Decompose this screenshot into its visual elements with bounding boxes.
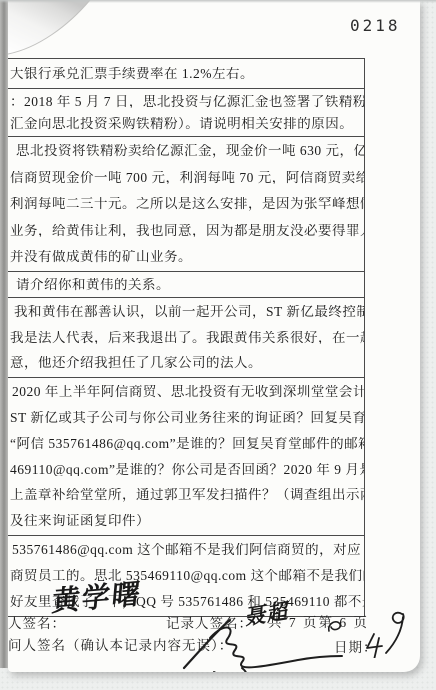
- table-row-answer: 我和黄伟在鄯善认识，以前一起开公司，ST 新亿最终控制公司万水源，我是法人代表，…: [8, 298, 364, 378]
- text-line: 利润每吨二三十元。之所以是这么安排，是因为张罕峰想做黄伟的矿: [8, 197, 364, 211]
- text-line: 汇金向思北投资采购铁精粉）。请说明相关安排的原因。: [8, 117, 364, 131]
- pen-loop-mark: [326, 618, 344, 633]
- text-line: 大银行承兑汇票手续费率在 1.2%左右。: [8, 67, 364, 81]
- text-line: 2020 年上半年阿信商贸、思北投资有无收到深圳堂堂会计师事务所关: [8, 385, 364, 399]
- scan-top-shadow: [0, 0, 436, 3]
- table-row-answer: 思北投资将铁精粉卖给亿源汇金，现金价一吨 630 元，亿源汇金卖给信商贸现金价一…: [8, 137, 364, 272]
- interviewee-signature-handwriting: 黄学曙: [50, 572, 143, 620]
- text-line: 并没有做成黄伟的矿山业务。: [8, 250, 364, 264]
- table-row-question: 2020 年上半年阿信商贸、思北投资有无收到深圳堂堂会计师事务所关ST 新亿或其…: [8, 378, 364, 536]
- text-line: 我是法人代表，后来我退出了。我跟黄伟关系很好，在一起做过很多: [8, 331, 364, 345]
- qa-table: 大银行承兑汇票手续费率在 1.2%左右。：2018 年 5 月 7 日，思北投资…: [8, 58, 365, 617]
- text-line: 535761486@qq.com 这个邮箱不是我们阿信商贸的，对应 QQ 号也不…: [8, 543, 364, 557]
- table-row-answer-continued: 大银行承兑汇票手续费率在 1.2%左右。: [8, 59, 364, 89]
- date-handwriting: [360, 608, 412, 658]
- paper-sheet: 0218 大银行承兑汇票手续费率在 1.2%左右。：2018 年 5 月 7 日…: [8, 0, 420, 672]
- text-line: 469110@qq.com”是谁的？你公司是否回函？2020 年 9 月是否有将…: [8, 463, 364, 477]
- text-line: 及往来询证函复印件）: [8, 514, 364, 528]
- text-line: 上盖章补给堂堂所，通过郭卫军发扫描件？（调查组出示两份邮件打: [8, 488, 364, 502]
- text-line: “阿信 535761486@qq.com”是谁的？回复吴育堂邮件的邮箱“思北: [8, 437, 364, 451]
- text-line: 业务，给黄伟让利，我也同意，因为都是朋友没必要得罪人。最后思北: [8, 224, 364, 238]
- text-line: 思北投资将铁精粉卖给亿源汇金，现金价一吨 630 元，亿源汇金卖给: [8, 144, 364, 158]
- table-row-question: 请介绍你和黄伟的关系。: [8, 272, 364, 298]
- scanned-document-page: { "page_number": "0218", "colors": { "pa…: [0, 0, 436, 690]
- text-line: 我和黄伟在鄯善认识，以前一起开公司，ST 新亿最终控制公司万水源，: [8, 305, 364, 319]
- text-line: ：2018 年 5 月 7 日，思北投资与亿源汇金也签署了铁精粉订货合同（亿: [8, 95, 364, 109]
- table-row-question: ：2018 年 5 月 7 日，思北投资与亿源汇金也签署了铁精粉订货合同（亿汇金…: [8, 89, 364, 137]
- text-line: ST 新亿或其子公司与你公司业务往来的询证函？回复吴育堂邮件的邮: [8, 411, 364, 425]
- page-curl-corner: [8, 0, 96, 56]
- confirm-signature-scrawl: [180, 616, 345, 672]
- text-line: 请介绍你和黄伟的关系。: [8, 278, 364, 292]
- page-stamp-number: 0218: [350, 16, 401, 35]
- text-line: 信商贸现金价一吨 700 元，利润每吨 70 元，阿信商贸卖给祥瑞恒丰等: [8, 171, 364, 185]
- text-line: 意，他还介绍我担任了几家公司的法人。: [8, 356, 364, 370]
